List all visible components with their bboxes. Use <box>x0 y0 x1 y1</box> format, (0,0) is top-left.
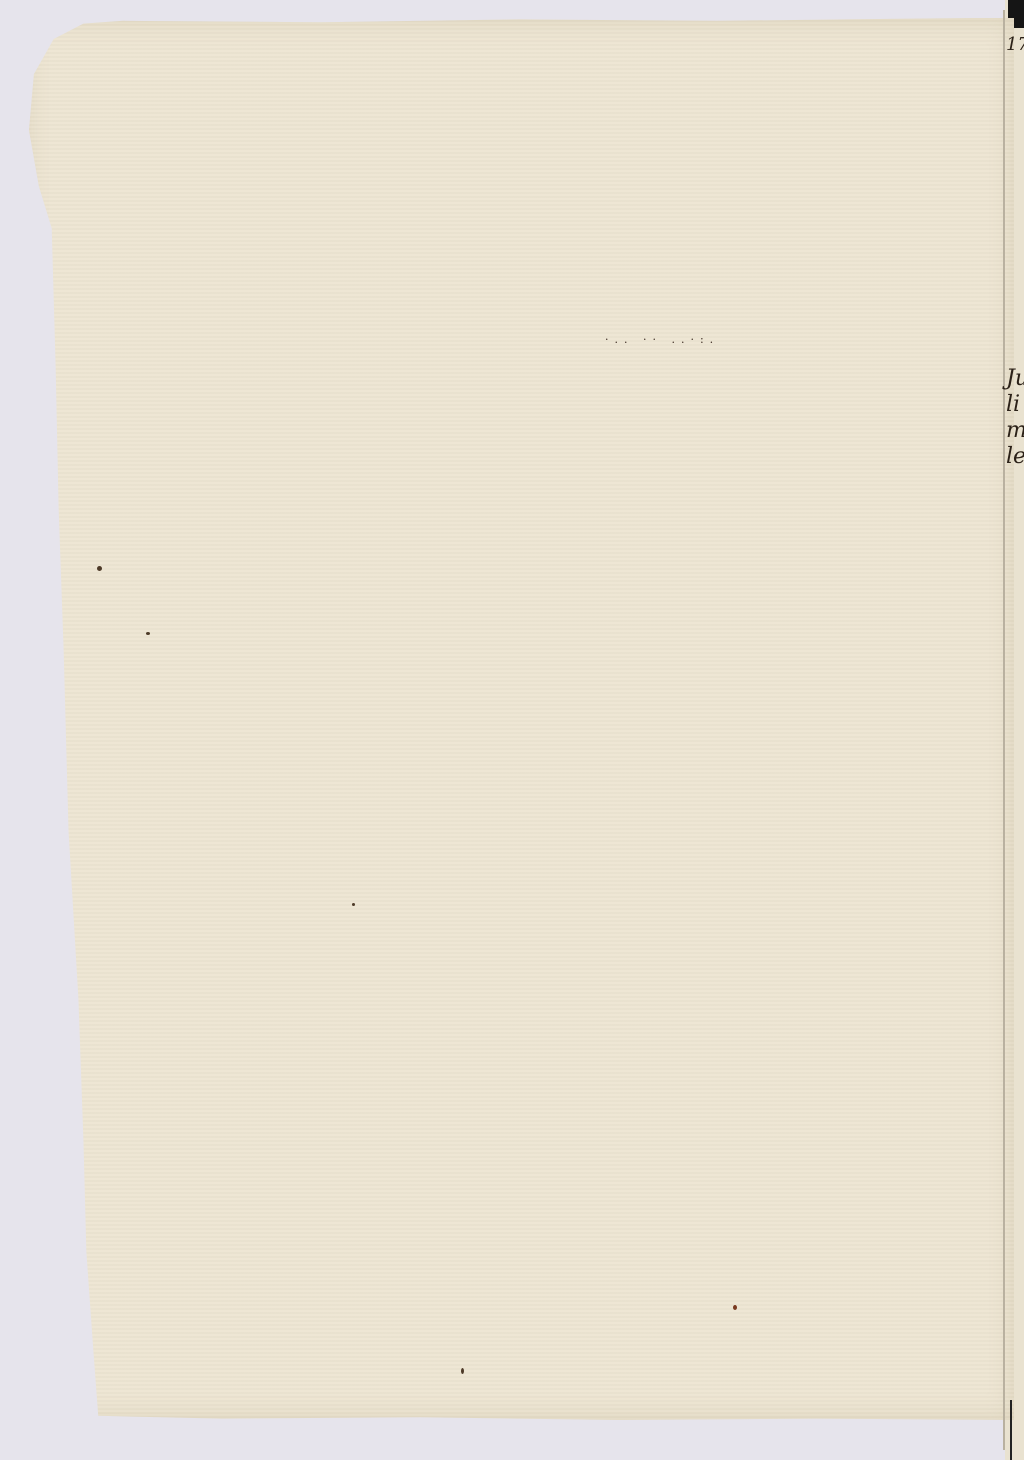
ink-spot <box>733 1305 737 1310</box>
manuscript-page <box>24 18 1014 1420</box>
adjacent-text-line: Ju <box>1006 366 1024 392</box>
ink-spot <box>97 566 102 571</box>
ink-spot <box>352 903 355 906</box>
ink-spot <box>461 1368 464 1374</box>
ink-spot <box>146 632 150 635</box>
adjacent-text-line: le <box>1006 444 1024 470</box>
adjacent-page-number: 17 <box>1006 32 1024 58</box>
scanner-edge-bottom <box>1010 1400 1012 1460</box>
adjacent-text-line: li <box>1006 392 1020 418</box>
adjacent-text-line: m <box>1006 418 1024 444</box>
faint-ink-marks: ·.. ·· ..·:. <box>605 333 719 346</box>
page-gutter <box>1003 10 1005 1450</box>
